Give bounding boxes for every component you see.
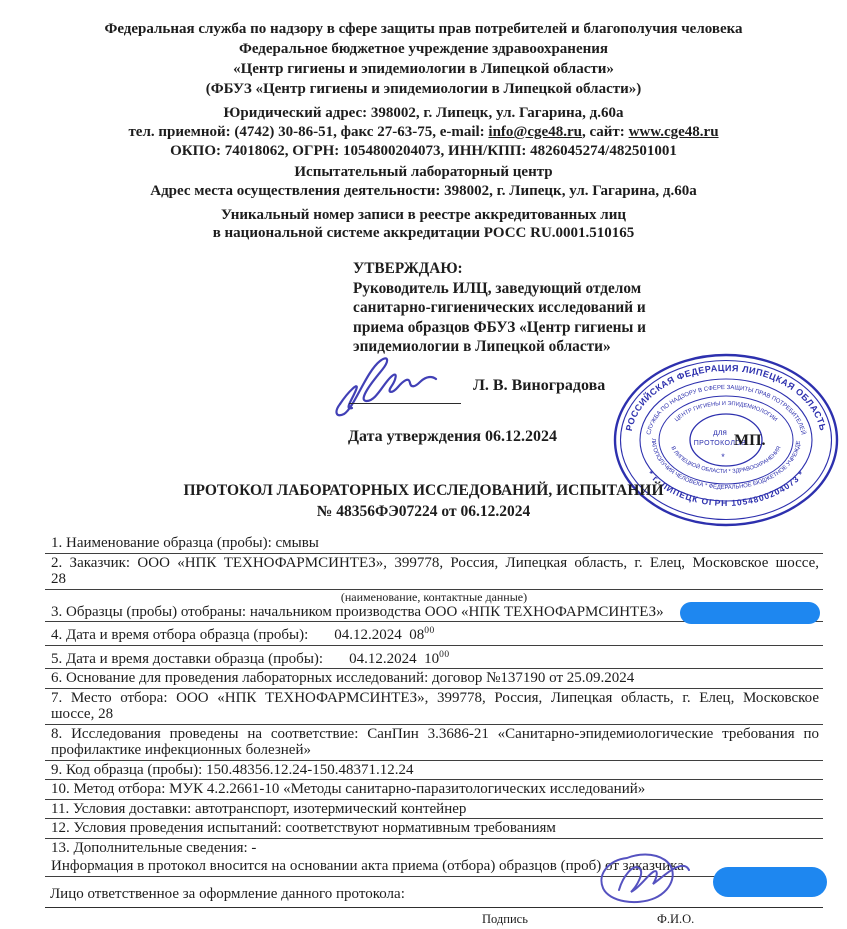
row-text: 8. Исследования проведены на соответстви… (51, 726, 819, 743)
approver-signature (332, 352, 450, 422)
stamp-inner-top-text: ЦЕНТР ГИГИЕНЫ И ЭПИДЕМИОЛОГИИ (674, 401, 778, 423)
signature-stroke (619, 866, 689, 892)
accreditation-line: Уникальный номер записи в реестре аккред… (0, 206, 847, 224)
table-row-sampled-by: 3. Образцы (пробы) отобраны: начальником… (45, 603, 823, 623)
email-link: info@cge48.ru (488, 124, 582, 140)
stamp-mid-top-text: СЛУЖБА ПО НАДЗОРУ В СФЕРЕ ЗАЩИТЫ ПРАВ ПО… (646, 385, 807, 435)
table-row-sample-code: 9. Код образца (пробы): 150.48356.12.24-… (45, 761, 823, 781)
row-label: 5. Дата и время доставки образца (пробы)… (51, 651, 323, 667)
approval-line: приема образцов ФБУЗ «Центр гигиены и (353, 318, 655, 338)
protocol-title-block: ПРОТОКОЛ ЛАБОРАТОРНЫХ ИССЛЕДОВАНИЙ, ИСПЫ… (0, 480, 847, 522)
approval-line: санитарно-гигиенических исследований и (353, 298, 655, 318)
protocol-document-page: Федеральная служба по надзору в сфере за… (0, 0, 847, 929)
fio-caption: Ф.И.О. (657, 912, 694, 927)
lab-center-title: Испытательный лабораторный центр (0, 163, 847, 182)
row-text: 2. Заказчик: ООО «НПК ТЕХНОФАРМСИНТЕЗ», … (51, 555, 819, 572)
approval-line: Руководитель ИЛЦ, заведующий отделом (353, 279, 655, 299)
signature-rule-line (45, 907, 823, 908)
table-caption: (наименование, контактные данные) (45, 590, 823, 603)
accreditation-block: Уникальный номер записи в реестре аккред… (0, 206, 847, 242)
approval-heading: УТВЕРЖДАЮ: (353, 259, 655, 279)
responsible-signature (593, 846, 693, 910)
protocol-title: ПРОТОКОЛ ЛАБОРАТОРНЫХ ИССЛЕДОВАНИЙ, ИСПЫ… (0, 480, 847, 501)
lab-center-block: Испытательный лабораторный центр Адрес м… (0, 163, 847, 201)
org-line: «Центр гигиены и эпидемиологии в Липецко… (0, 59, 847, 79)
row-superscript: 00 (424, 626, 435, 636)
caption-text: (наименование, контактные данные) (341, 590, 527, 604)
site-label: , сайт: (582, 124, 629, 140)
table-row-customer: 2. Заказчик: ООО «НПК ТЕХНОФАРМСИНТЕЗ», … (45, 554, 823, 590)
row-label: 4. Дата и время отбора образца (пробы): (51, 627, 308, 643)
table-row-delivery-datetime: 5. Дата и время доставки образца (пробы)… (45, 646, 823, 670)
redaction-pill (713, 867, 827, 897)
phone-line: тел. приемной: (4742) 30-86-51, факс 27-… (0, 123, 847, 142)
signature-caption: Подпись (482, 912, 528, 927)
phone-fax-email-label: тел. приемной: (4742) 30-86-51, факс 27-… (128, 124, 488, 140)
signature-stroke (601, 855, 672, 903)
row-text: 6. Основание для проведения лабораторных… (51, 670, 634, 686)
lab-center-address: Адрес места осуществления деятельности: … (0, 182, 847, 201)
approval-date: Дата утверждения 06.12.2024 (348, 428, 557, 446)
table-row-sampling-method: 10. Метод отбора: МУК 4.2.2661-10 «Метод… (45, 780, 823, 800)
footer-block: Лицо ответственное за оформление данного… (45, 858, 823, 926)
signature-stroke (337, 358, 436, 415)
stamp-inner-bottom-text: В ЛИПЕЦКОЙ ОБЛАСТИ * ЗДРАВООХРАНЕНИЯ (669, 445, 782, 475)
approver-name: Л. В. Виноградова (473, 377, 605, 395)
row-value: 04.12.2024 08 (334, 627, 424, 643)
row-text: 13. Дополнительные сведения: - (51, 840, 256, 856)
table-row-compliance: 8. Исследования проведены на соответстви… (45, 725, 823, 761)
org-line: (ФБУЗ «Центр гигиены и эпидемиологии в Л… (0, 79, 847, 99)
table-row-basis: 6. Основание для проведения лабораторных… (45, 669, 823, 689)
row-value: 04.12.2024 10 (349, 651, 439, 667)
org-line: Федеральное бюджетное учреждение здравоо… (0, 39, 847, 59)
website-link: www.cge48.ru (629, 124, 719, 140)
row-text: 9. Код образца (пробы): 150.48356.12.24-… (51, 762, 414, 778)
protocol-table: 1. Наименование образца (пробы): смывы 2… (45, 534, 823, 877)
row-text: 7. Место отбора: ООО «НПК ТЕХНОФАРМСИНТЕ… (51, 690, 819, 707)
table-row-sampling-datetime: 4. Дата и время отбора образца (пробы):0… (45, 622, 823, 646)
redaction-pill (680, 602, 820, 624)
row-text: 10. Метод отбора: МУК 4.2.2661-10 «Метод… (51, 781, 645, 797)
table-row-sample-name: 1. Наименование образца (пробы): смывы (45, 534, 823, 554)
row-text: профилактике инфекционных болезней» (51, 742, 819, 759)
stamp-center-line1: для (713, 428, 727, 437)
signature-line (349, 391, 461, 404)
row-text: 28 (51, 571, 819, 588)
contacts-block: Юридический адрес: 398002, г. Липецк, ул… (0, 104, 847, 161)
org-header: Федеральная служба по надзору в сфере за… (0, 19, 847, 99)
accreditation-line: в национальной системе аккредитации РОСС… (0, 224, 847, 242)
row-text: 3. Образцы (пробы) отобраны: начальником… (51, 604, 664, 620)
org-line: Федеральная служба по надзору в сфере за… (0, 19, 847, 39)
mp-mark: МП. (734, 432, 766, 449)
approval-block: УТВЕРЖДАЮ: Руководитель ИЛЦ, заведующий … (353, 259, 655, 357)
responsible-label: Лицо ответственное за оформление данного… (50, 886, 405, 903)
table-row-sampling-place: 7. Место отбора: ООО «НПК ТЕХНОФАРМСИНТЕ… (45, 689, 823, 725)
legal-address: Юридический адрес: 398002, г. Липецк, ул… (0, 104, 847, 123)
row-text: 1. Наименование образца (пробы): смывы (51, 535, 319, 551)
row-superscript: 00 (439, 650, 450, 660)
table-row-additional-info: 13. Дополнительные сведения: - (45, 839, 823, 858)
row-text: шоссе, 28 (51, 706, 819, 723)
row-text: 11. Условия доставки: автотранспорт, изо… (51, 801, 466, 817)
row-text: 12. Условия проведения испытаний: соотве… (51, 820, 556, 836)
stamp-star: * (721, 452, 725, 462)
table-row-delivery-conditions: 11. Условия доставки: автотранспорт, изо… (45, 800, 823, 820)
table-row-testing-conditions: 12. Условия проведения испытаний: соотве… (45, 819, 823, 839)
protocol-number: № 48356ФЭ07224 от 06.12.2024 (0, 501, 847, 522)
registry-codes: ОКПО: 74018062, ОГРН: 1054800204073, ИНН… (0, 142, 847, 161)
